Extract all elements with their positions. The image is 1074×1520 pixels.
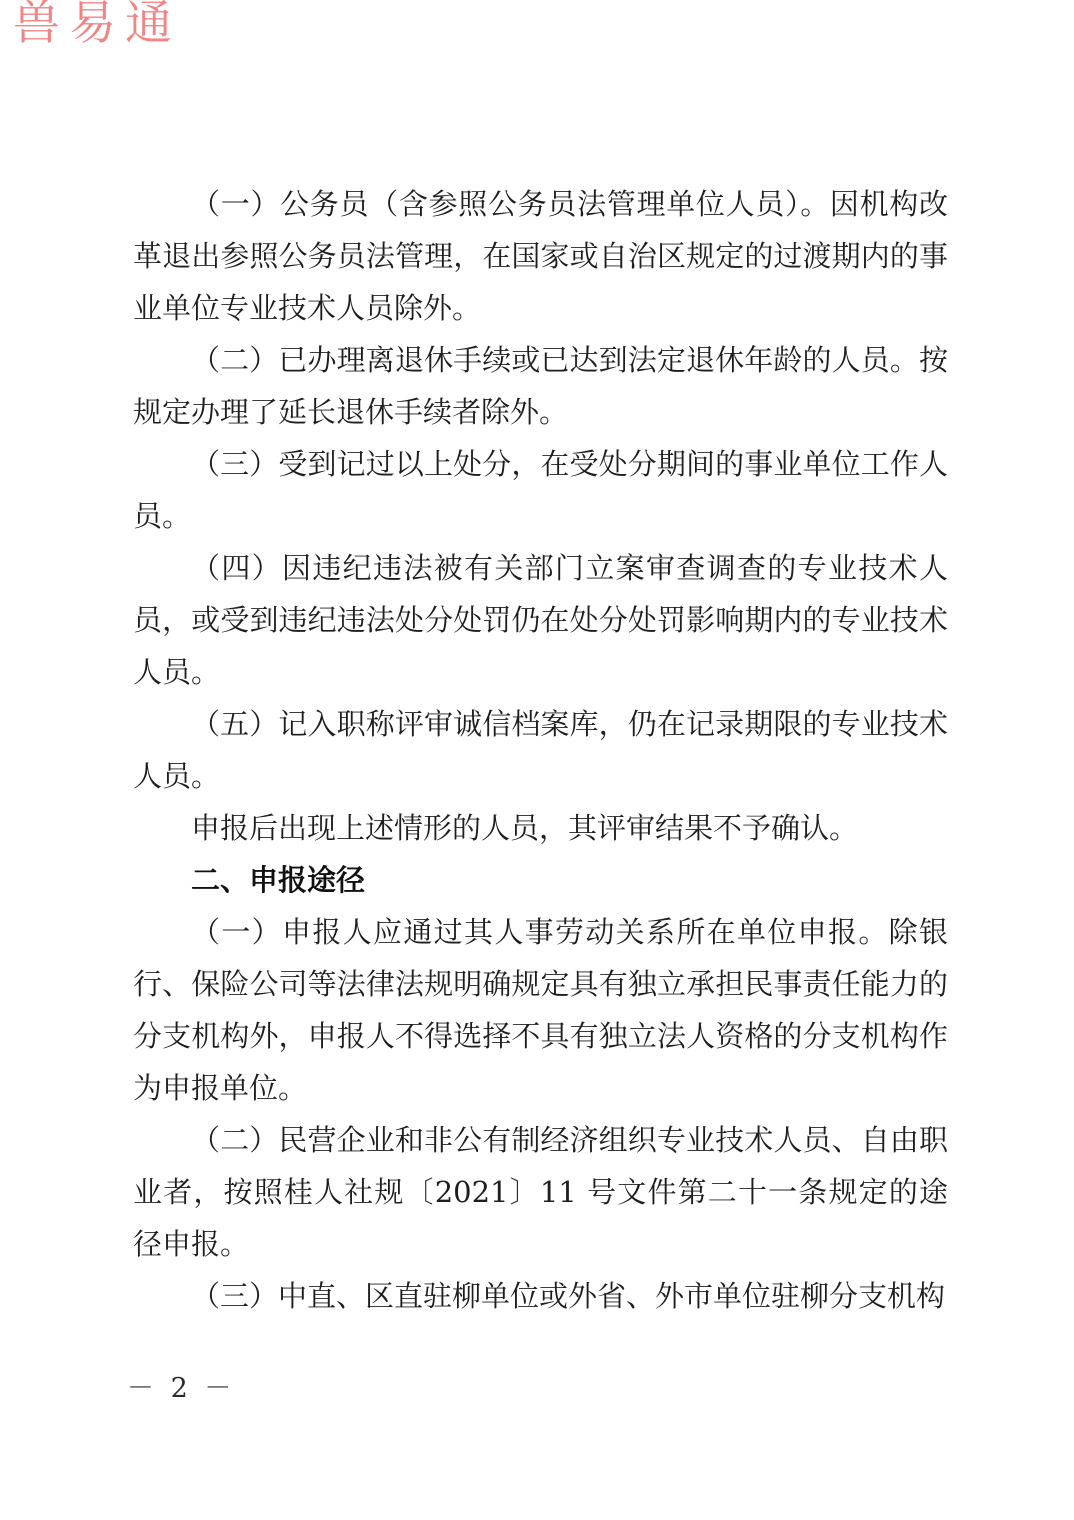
body-paragraph: （一）申报人应通过其人事劳动关系所在单位申报。除银行、保险公司等法律法规明确规定… <box>133 906 948 1114</box>
body-paragraph: （三）中直、区直驻柳单位或外省、外市单位驻柳分支机构 <box>133 1270 948 1322</box>
page-number: － 2 － <box>127 1366 235 1405</box>
section-heading: 二、申报途径 <box>133 854 948 906</box>
body-paragraph: （一）公务员（含参照公务员法管理单位人员）。因机构改革退出参照公务员法管理，在国… <box>133 178 948 334</box>
document-body: （一）公务员（含参照公务员法管理单位人员）。因机构改革退出参照公务员法管理，在国… <box>133 178 948 1322</box>
document-page: 兽易通 （一）公务员（含参照公务员法管理单位人员）。因机构改革退出参照公务员法管… <box>0 0 1074 1520</box>
body-paragraph: （五）记入职称评审诚信档案库，仍在记录期限的专业技术人员。 <box>133 698 948 802</box>
body-paragraph: （三）受到记过以上处分，在受处分期间的事业单位工作人员。 <box>133 438 948 542</box>
body-paragraph: 申报后出现上述情形的人员，其评审结果不予确认。 <box>133 802 948 854</box>
body-paragraph: （二）已办理离退休手续或已达到法定退休年龄的人员。按规定办理了延长退休手续者除外… <box>133 334 948 438</box>
body-paragraph: （二）民营企业和非公有制经济组织专业技术人员、自由职业者，按照桂人社规〔2021… <box>133 1114 948 1270</box>
watermark-logo: 兽易通 <box>13 0 181 52</box>
body-paragraph: （四）因违纪违法被有关部门立案审查调查的专业技术人员，或受到违纪违法处分处罚仍在… <box>133 542 948 698</box>
